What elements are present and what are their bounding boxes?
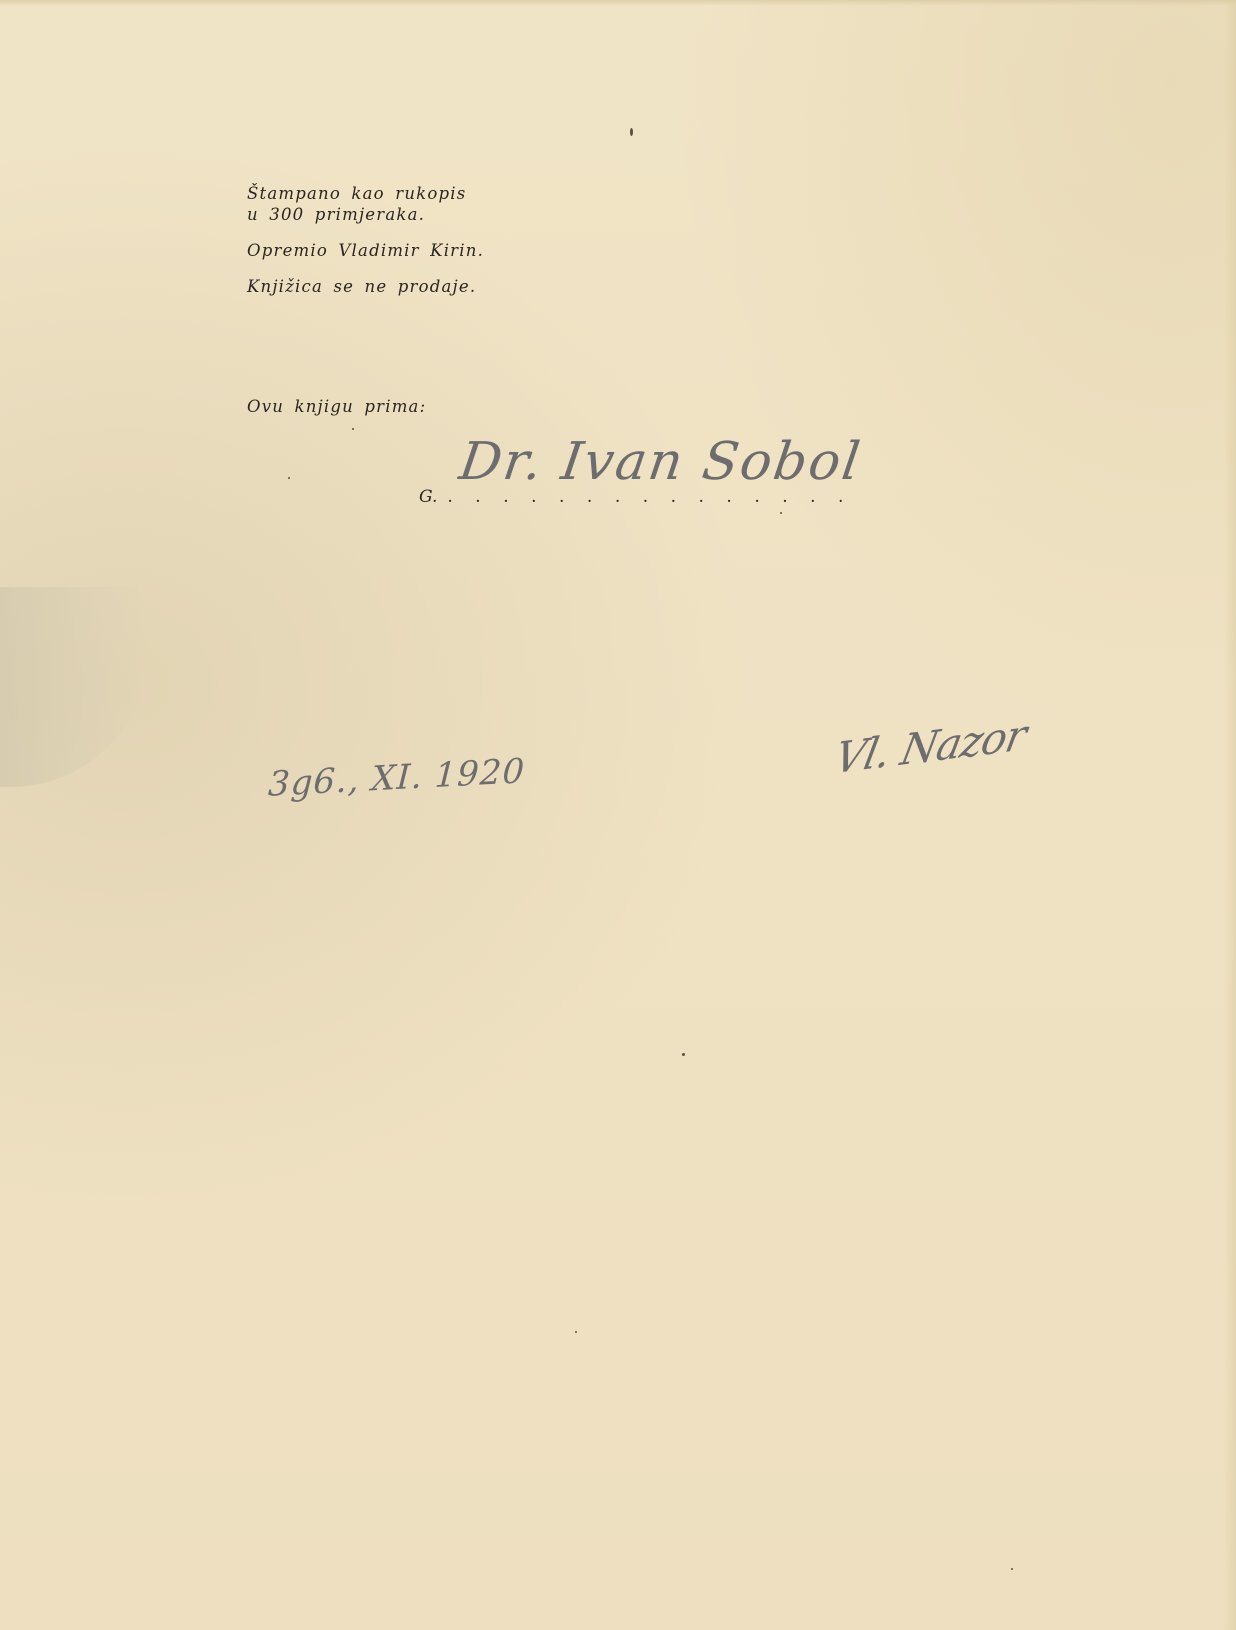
page-top-edge (0, 0, 1236, 6)
colophon-designer-credit: Opremio Vladimir Kirin. (247, 240, 484, 261)
recipient-label: Ovu knjigu prima: (247, 397, 426, 416)
paper-speck (288, 477, 290, 479)
handwritten-recipient-name: Dr. Ivan Sobol (456, 432, 865, 492)
colophon-block: Štampano kao rukopis u 300 primjeraka. O… (247, 183, 484, 297)
handwritten-date: 3g6., XI. 1920 (267, 751, 526, 805)
spacer (247, 261, 484, 276)
colophon-sale-notice: Knjižica se ne prodaje. (247, 276, 484, 297)
paper-speck (630, 128, 633, 136)
paper-speck (780, 512, 782, 514)
handwritten-signature: Vl. Nazor (831, 710, 1030, 784)
spacer (247, 225, 484, 240)
recipient-prefix: G. (419, 487, 437, 507)
colophon-print-note-line-2: u 300 primjeraka. (247, 204, 484, 225)
recipient-dot-leader: ............... (447, 487, 866, 507)
colophon-print-note-line-1: Štampano kao rukopis (247, 183, 484, 204)
paper-speck (352, 428, 354, 430)
paper-speck (1011, 1568, 1013, 1570)
document-page: Štampano kao rukopis u 300 primjeraka. O… (0, 0, 1236, 1630)
page-right-edge (1224, 0, 1236, 1630)
page-fold-shadow (0, 587, 150, 787)
paper-speck (682, 1053, 685, 1056)
recipient-line: G. ............... (419, 487, 866, 507)
paper-speck (575, 1331, 577, 1333)
